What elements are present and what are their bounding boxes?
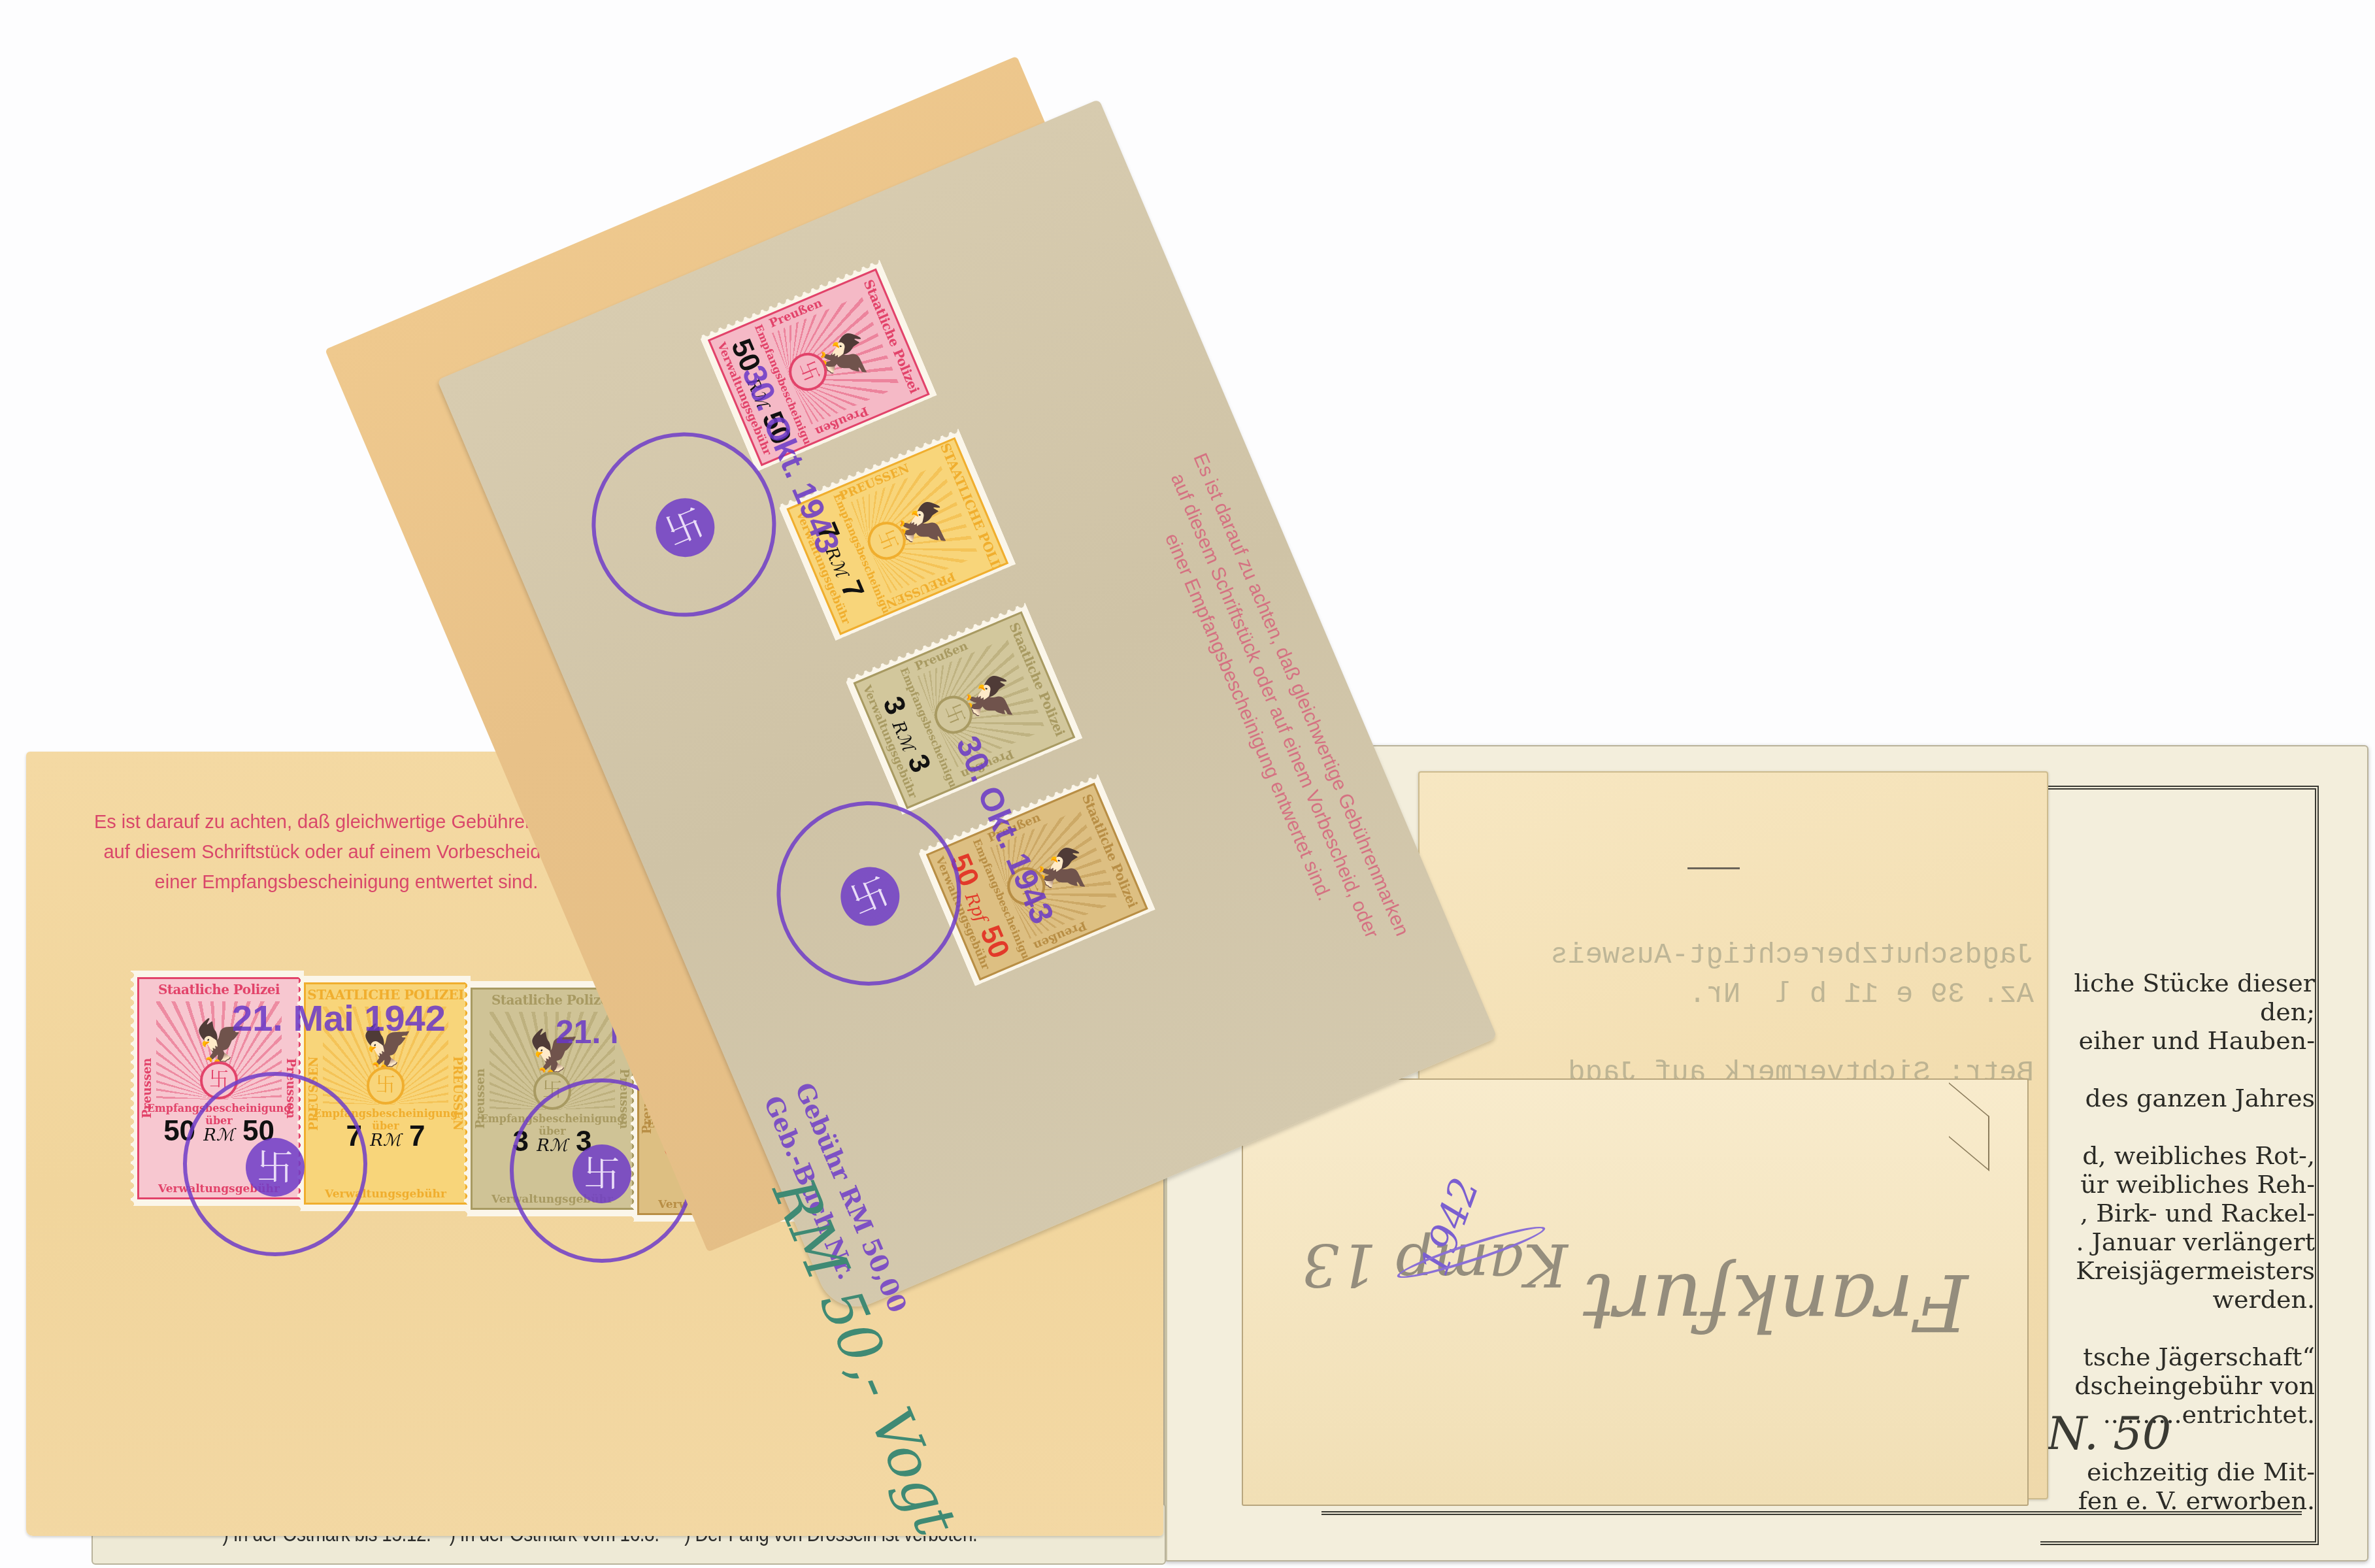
revenue-stamp: Staatliche PolizeiPreußenPreußen🦅卐Empfan…: [844, 603, 1084, 818]
police-cancellation-1: 卐: [183, 1072, 367, 1256]
eagle-swastika-emblem-icon: 卐: [831, 858, 908, 935]
envelope-cancellation-2: 卐: [748, 773, 990, 1014]
eagle-swastika-emblem-icon: 卐: [647, 490, 724, 567]
stamp-header: Staatliche Polizei: [139, 982, 299, 997]
swastika-wreath-icon: 卐: [367, 1067, 405, 1105]
envelope-notice-text: Es ist darauf zu achten, daß gleichwerti…: [1133, 449, 1416, 963]
card-corner-fold: [1949, 1082, 1989, 1171]
license-fee-signature: N. 50: [2047, 1407, 2171, 1460]
pencil-note-name: Frankfurt: [1583, 1256, 1968, 1347]
slip-dash-mark: [1687, 867, 1740, 869]
date-stamp-1: 21. Mai 1942: [232, 997, 446, 1039]
envelope-stamp-column: Staatliche PolizeiPreußenPreußen🦅卐Empfan…: [437, 99, 1099, 380]
revenue-stamp: Staatliche PolizeiPreußenPreußen🦅卐Empfan…: [699, 259, 938, 475]
eagle-swastika-emblem-icon: 卐: [246, 1138, 305, 1197]
mirrored-typed-text: Jagdschutzberechtigt-Ausweis Az. 39 e 11…: [1485, 936, 2034, 1093]
stamp-design: Staatliche PolizeiPreußenPreußen🦅卐Empfan…: [708, 268, 930, 466]
license-bottom-frame: [1321, 1511, 2302, 1541]
eagle-swastika-emblem-icon: 卐: [573, 1144, 631, 1203]
